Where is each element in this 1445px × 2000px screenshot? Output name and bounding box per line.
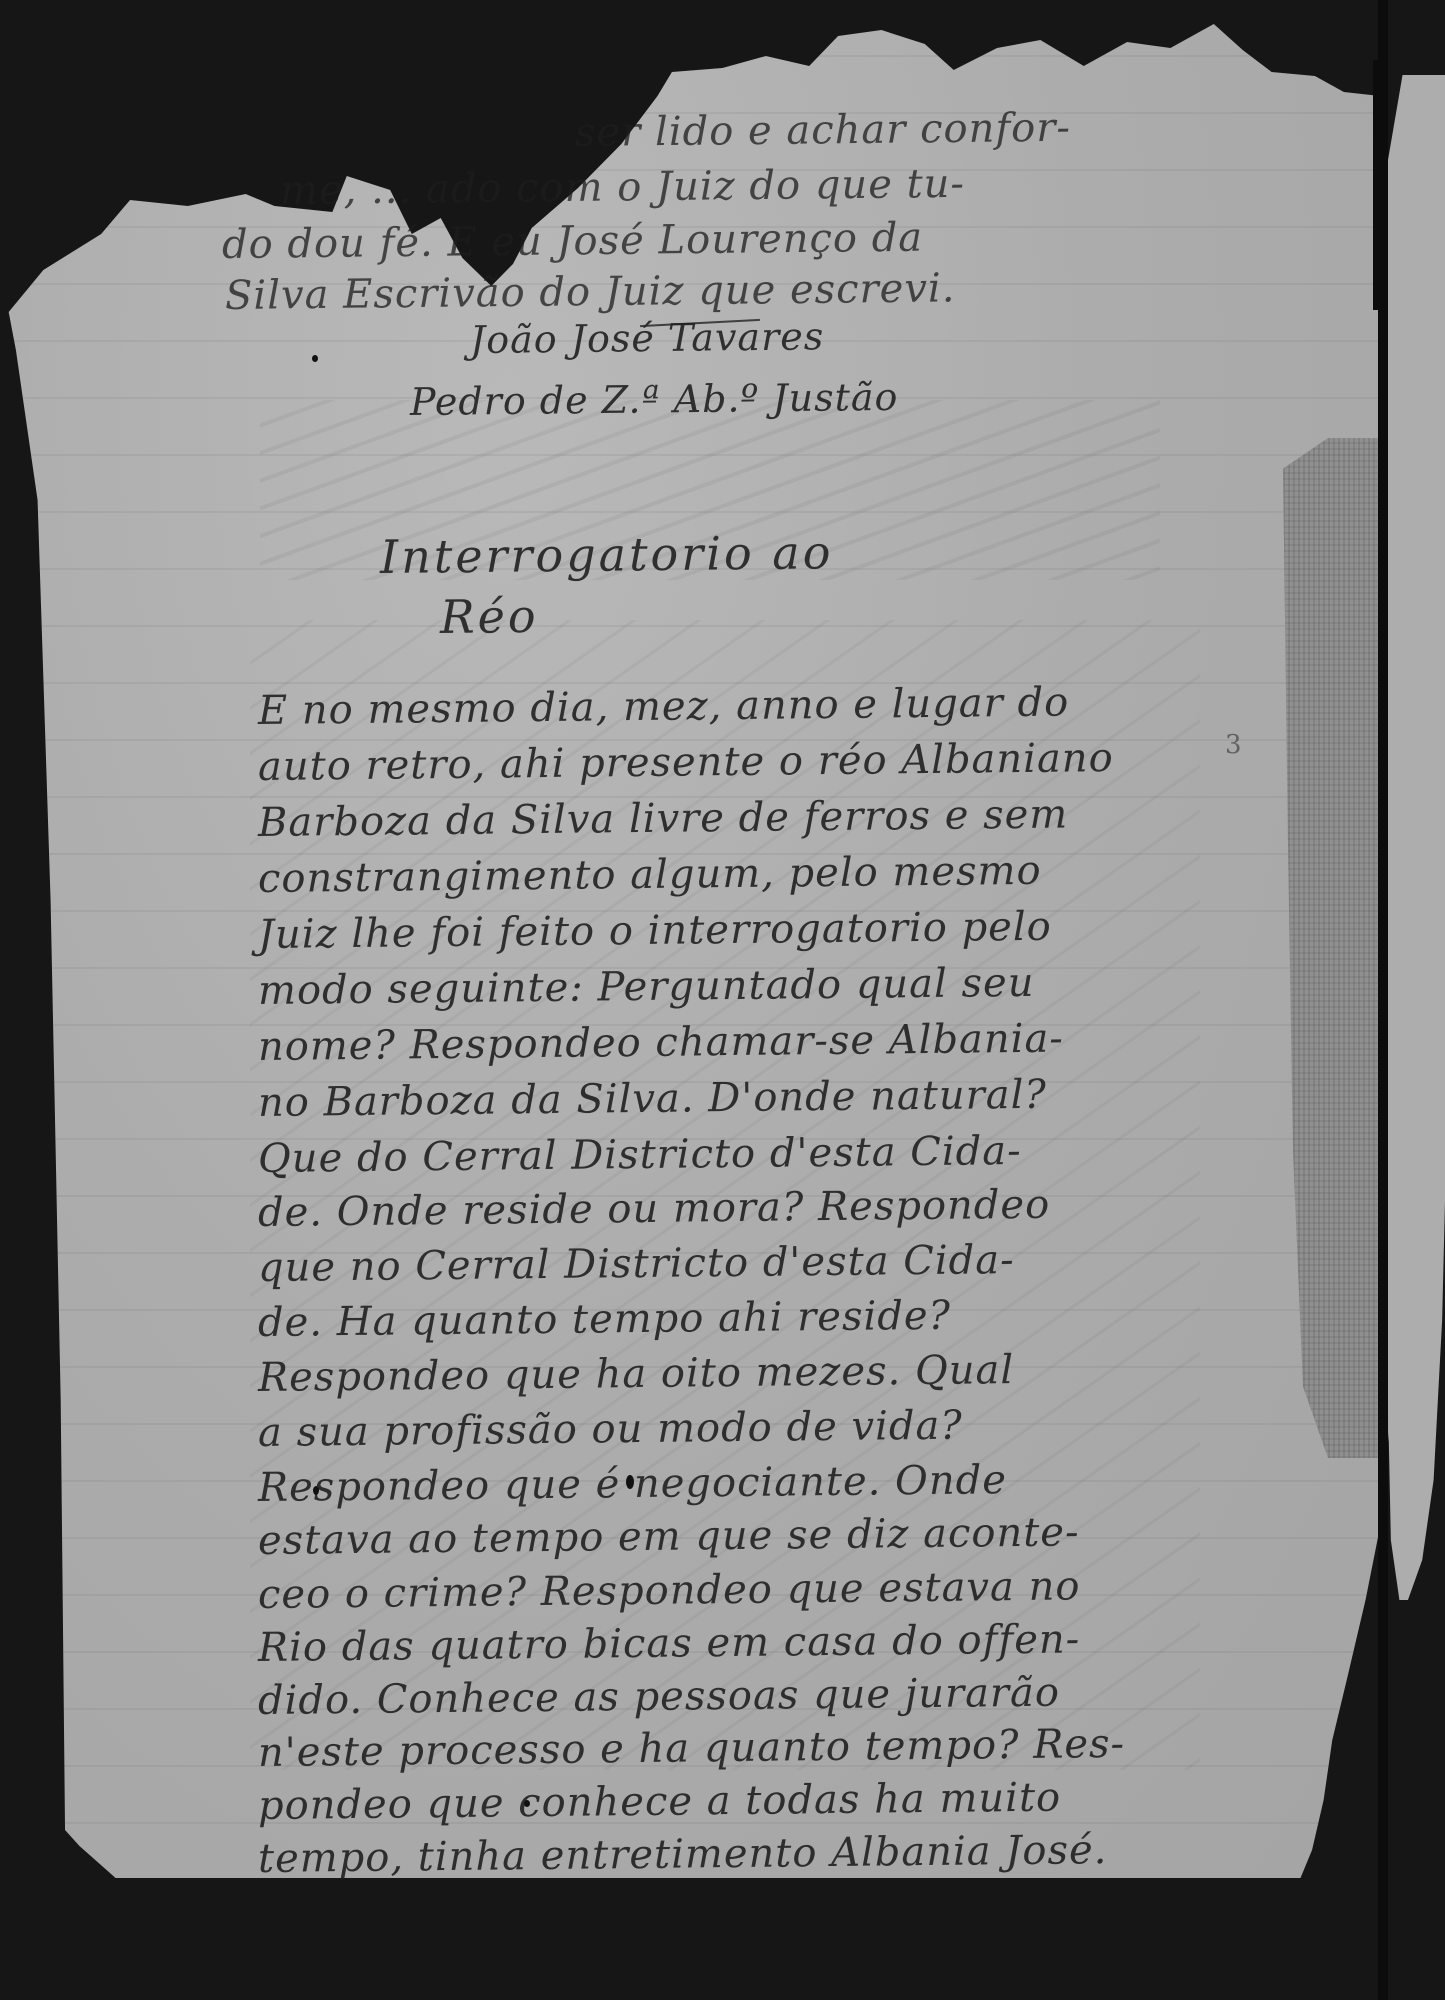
adjacent-sheet-torn-top	[1388, 0, 1445, 75]
body-line-9: Que do Cerral Districto d'esta Cida-	[258, 1128, 1022, 1182]
body-line-2: auto retro, ahi presente o réo Albaniano	[258, 735, 1114, 790]
body-line-17: ceo o crime? Respondeo que estava no	[258, 1563, 1081, 1618]
body-line-10: de. Onde reside ou mora? Respondeo	[258, 1182, 1051, 1236]
header-line-4: Silva Escrivão do Juiz que escrevi.	[225, 265, 956, 319]
body-line-1: E no mesmo dia, mez, anno e lugar do	[258, 680, 1070, 734]
body-line-4: constrangimento algum, pelo mesmo	[258, 848, 1042, 902]
margin-page-mark: 3	[1225, 730, 1242, 760]
body-line-22: tempo, tinha entretimento Albania José.	[258, 1827, 1108, 1882]
ink-speck	[524, 1800, 530, 1807]
section-title-line-2: Réo	[440, 589, 539, 644]
signature-second: Pedro de Z.ª Ab.º Justão	[410, 375, 899, 424]
ink-speck	[626, 1475, 634, 1489]
header-line-1: ser lido e achar confor-	[575, 105, 1071, 156]
body-line-11: que no Cerral Districto d'esta Cida-	[258, 1237, 1015, 1291]
body-line-5: Juiz lhe foi feito o interrogatorio pelo	[258, 904, 1052, 958]
body-line-12: de. Ha quanto tempo ahi reside?	[258, 1293, 951, 1346]
header-line-2: me, ... ado com o Juiz do que tu-	[280, 161, 965, 214]
body-line-7: nome? Respondeo chamar-se Albania-	[258, 1016, 1064, 1070]
body-line-19: dido. Conhece as pessoas que jurarão	[258, 1670, 1060, 1724]
body-line-8: no Barboza da Silva. D'onde natural?	[258, 1072, 1047, 1126]
ink-speck	[313, 1486, 319, 1495]
section-title-line-1: Interrogatorio ao	[380, 525, 834, 584]
body-line-14: a sua profissão ou modo de vida?	[258, 1403, 963, 1456]
body-line-6: modo seguinte: Perguntado qual seu	[258, 960, 1035, 1014]
binding-gutter	[1378, 0, 1388, 2000]
body-line-13: Respondeo que ha oito mezes. Qual	[258, 1347, 1015, 1401]
body-line-18: Rio das quatro bicas em casa do offen-	[258, 1616, 1081, 1671]
body-line-21: pondeo que conhece a todas ha muito	[258, 1775, 1062, 1829]
ink-speck	[312, 355, 318, 362]
body-line-16: estava ao tempo em que se diz aconte-	[258, 1509, 1080, 1564]
body-line-3: Barboza da Silva livre de ferros e sem	[258, 792, 1069, 846]
header-line-3: do dou fé. E eu José Lourenço da	[222, 215, 924, 268]
signature-tavares: João José Tavares	[470, 314, 825, 362]
body-line-20: n'este processo e ha quanto tempo? Res-	[258, 1721, 1126, 1776]
